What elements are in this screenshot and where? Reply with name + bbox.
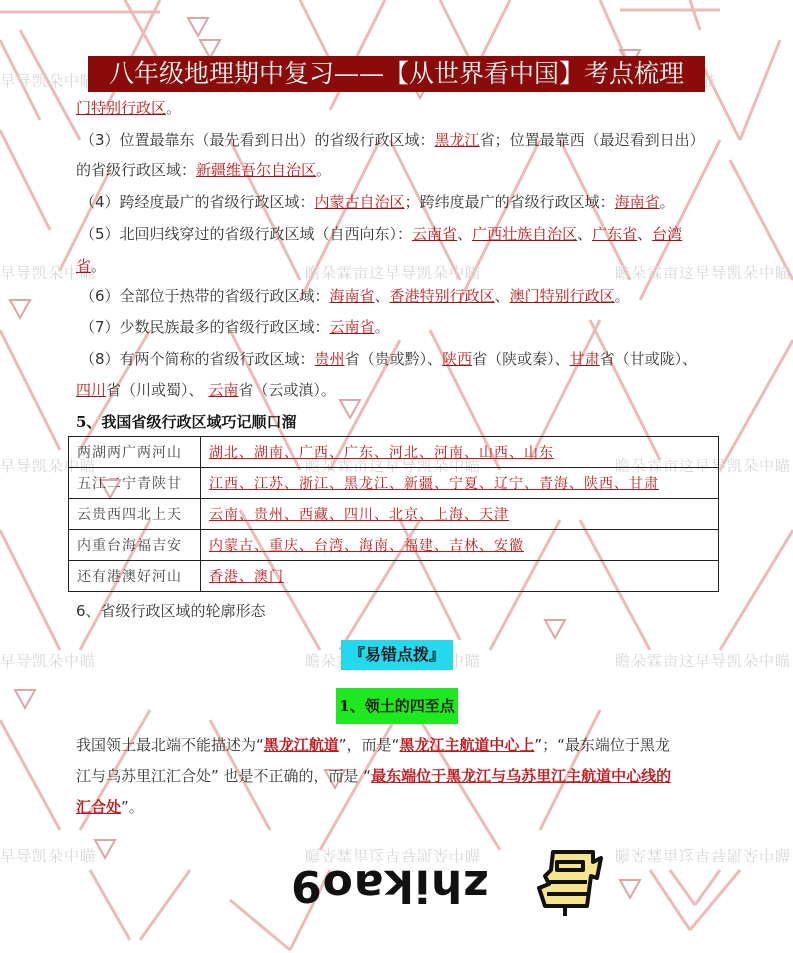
region-link[interactable]: 贵州 <box>315 350 345 368</box>
item-text: ；跨纬度最广的省级行政区域： <box>405 193 615 211</box>
item-3-line2: 的省级行政区域：新疆维吾尔自治区。 <box>76 160 331 180</box>
province-list[interactable]: 湖北、湖南、广西、广东、河北、河南、山西、山东 <box>209 445 554 461</box>
mnemonic-key: 云贵西四北上天 <box>69 499 201 530</box>
mnemonic-table: 两湖两广两河山湖北、湖南、广西、广东、河北、河南、山西、山东 五江二宁青陕甘江西… <box>68 436 719 592</box>
region-link[interactable]: 台湾 <box>652 225 682 243</box>
punct: 。 <box>615 287 630 305</box>
region-link[interactable]: 甘肃 <box>570 350 600 368</box>
region-link[interactable]: 黑龙江 <box>435 131 480 149</box>
item-label: （5）北回归线穿过的省级行政区域（自西向东）： <box>80 225 412 243</box>
section-5-heading: 5、我国省级行政区域巧记顺口溜 <box>76 411 296 432</box>
region-link[interactable]: 海南省 <box>615 193 660 211</box>
punct: 。 <box>660 193 675 211</box>
emphasis-link[interactable]: 黑龙江航道 <box>264 736 339 754</box>
item-text: 省（云或滇）。 <box>238 381 336 399</box>
region-link[interactable]: 广东省 <box>592 225 637 243</box>
section-6-heading: 6、省级行政区域的轮廓形态 <box>76 601 266 621</box>
punct: 。 <box>316 161 331 179</box>
paragraph-line3: 汇合处”。 <box>76 797 144 817</box>
paragraph-line2: 江与乌苏里江汇合处” 也是不正确的，而是 “最东端位于黑龙江与乌苏里江主航道中心… <box>76 766 671 786</box>
region-link[interactable]: 陕西 <box>442 350 472 368</box>
emphasis-link[interactable]: 汇合处 <box>76 798 121 816</box>
mnemonic-value: 江西、江苏、浙江、黑龙江、新疆、宁夏、辽宁、青海、陕西、甘肃 <box>201 468 719 499</box>
item-label: （4）跨经度最广的省级行政区域： <box>80 193 315 211</box>
province-list[interactable]: 云南、贵州、西藏、四川、北京、上海、天津 <box>209 507 509 523</box>
region-link[interactable]: 四川 <box>76 381 106 399</box>
mistakes-badge: 『易错点拨』 <box>341 640 453 670</box>
mnemonic-key: 还有港澳好河山 <box>69 561 201 592</box>
item-3-line1: （3）位置最靠东（最先看到日出）的省级行政区域：黑龙江省；位置最靠西（最迟看到日… <box>80 130 705 150</box>
item-6: （6）全部位于热带的省级行政区域：海南省、香港特别行政区、澳门特别行政区。 <box>80 286 630 306</box>
item-5-line1: （5）北回归线穿过的省级行政区域（自西向东）：云南省、广西壮族自治区、广东省、台… <box>80 224 682 244</box>
mnemonic-key: 内重台海福吉安 <box>69 530 201 561</box>
para-text: ”，而是“ <box>339 736 400 754</box>
book-logo-icon <box>535 848 615 918</box>
mnemonic-value: 湖北、湖南、广西、广东、河北、河南、山西、山东 <box>201 437 719 468</box>
region-link[interactable]: 门特别行政区 <box>76 99 166 117</box>
item-label: （3）位置最靠东（最先看到日出）的省级行政区域： <box>80 131 435 149</box>
punct: 。 <box>166 99 181 117</box>
item-text: 省（陕或秦）、 <box>472 350 570 368</box>
item-text: 省（川或蜀）、 <box>106 381 204 399</box>
item-text: 省（贵或黔）、 <box>345 350 443 368</box>
province-list[interactable]: 内蒙古、重庆、台湾、海南、福建、吉林、安徽 <box>209 538 524 554</box>
table-row: 云贵西四北上天云南、贵州、西藏、四川、北京、上海、天津 <box>69 499 719 530</box>
item-label: （6）全部位于热带的省级行政区域： <box>80 287 330 305</box>
mnemonic-value: 云南、贵州、西藏、四川、北京、上海、天津 <box>201 499 719 530</box>
mnemonic-key: 五江二宁青陕甘 <box>69 468 201 499</box>
emphasis-link[interactable]: 最东端位于黑龙江与乌苏里江主航道中心线的 <box>371 767 671 785</box>
table-row: 五江二宁青陕甘江西、江苏、浙江、黑龙江、新疆、宁夏、辽宁、青海、陕西、甘肃 <box>69 468 719 499</box>
region-link[interactable]: 海南省 <box>330 287 375 305</box>
emphasis-link[interactable]: 黑龙江主航道中心上 <box>399 736 534 754</box>
region-link[interactable]: 内蒙古自治区 <box>315 193 405 211</box>
region-link[interactable]: 云南 <box>208 381 238 399</box>
punct: 。 <box>375 318 390 336</box>
zhikao-logo-text: zhikao9 <box>290 860 489 911</box>
item-label: （8）有两个简称的省级行政区域： <box>80 350 315 368</box>
territory-badge: 1、领土的四至点 <box>336 688 458 724</box>
item-text: 的省级行政区域： <box>76 161 196 179</box>
table-row: 内重台海福吉安内蒙古、重庆、台湾、海南、福建、吉林、安徽 <box>69 530 719 561</box>
region-link[interactable]: 云南省 <box>412 225 457 243</box>
region-link[interactable]: 广西壮族自治区 <box>472 225 577 243</box>
item-text: 省；位置最靠西（最迟看到日出） <box>480 131 705 149</box>
region-link[interactable]: 省 <box>76 257 91 275</box>
para-text: 我国领土最北端不能描述为“ <box>76 736 264 754</box>
item-7: （7）少数民族最多的省级行政区域：云南省。 <box>80 317 390 337</box>
table-row: 还有港澳好河山香港、澳门 <box>69 561 719 592</box>
punct: 。 <box>91 257 106 275</box>
province-list[interactable]: 香港、澳门 <box>209 569 284 585</box>
region-link[interactable]: 澳门特别行政区 <box>510 287 615 305</box>
region-link[interactable]: 新疆维吾尔自治区 <box>196 161 316 179</box>
para-text: ”。 <box>121 798 144 816</box>
item-8-line2: 四川省（川或蜀）、 云南省（云或滇）。 <box>76 380 336 400</box>
para-text: ”；“最东端位于黑龙 <box>534 736 670 754</box>
item-5-line2: 省。 <box>76 256 106 276</box>
item-8-line1: （8）有两个简称的省级行政区域：贵州省（贵或黔）、陕西省（陕或秦）、甘肃省（甘或… <box>80 349 697 369</box>
page-title: 八年级地理期中复习——【从世界看中国】考点梳理 <box>88 56 705 92</box>
mnemonic-value: 香港、澳门 <box>201 561 719 592</box>
region-link[interactable]: 云南省 <box>330 318 375 336</box>
item-label: （7）少数民族最多的省级行政区域： <box>80 318 330 336</box>
paragraph-line1: 我国领土最北端不能描述为“黑龙江航道”，而是“黑龙江主航道中心上”；“最东端位于… <box>76 735 670 755</box>
mnemonic-value: 内蒙古、重庆、台湾、海南、福建、吉林、安徽 <box>201 530 719 561</box>
province-list[interactable]: 江西、江苏、浙江、黑龙江、新疆、宁夏、辽宁、青海、陕西、甘肃 <box>209 476 659 492</box>
region-link[interactable]: 香港特别行政区 <box>390 287 495 305</box>
item-text: 省（甘或陇）、 <box>600 350 698 368</box>
item-4: （4）跨经度最广的省级行政区域：内蒙古自治区；跨纬度最广的省级行政区域：海南省。 <box>80 192 675 212</box>
table-row: 两湖两广两河山湖北、湖南、广西、广东、河北、河南、山西、山东 <box>69 437 719 468</box>
mnemonic-key: 两湖两广两河山 <box>69 437 201 468</box>
continuation-line: 门特别行政区。 <box>76 98 181 118</box>
para-text: 江与乌苏里江汇合处” 也是不正确的，而是 “ <box>76 767 371 785</box>
